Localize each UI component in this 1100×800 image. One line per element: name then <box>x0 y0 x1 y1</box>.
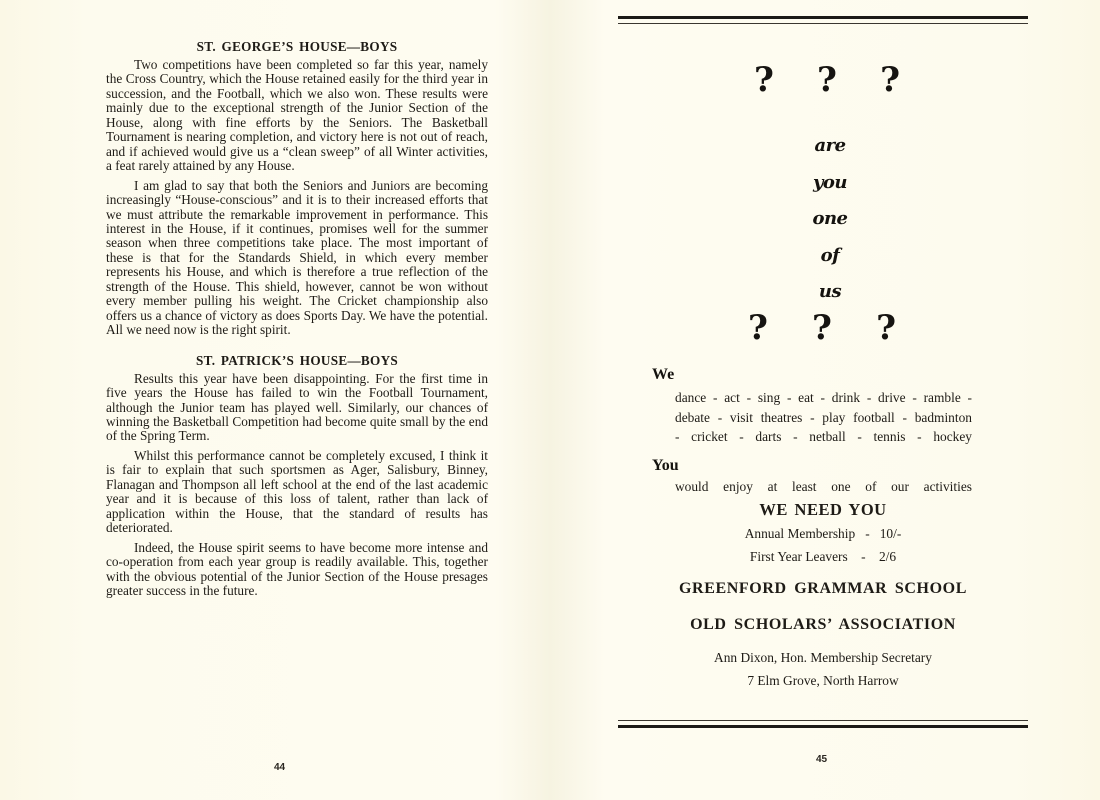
question-marks-top: ? ? ? <box>754 60 900 100</box>
fee-row-first-year: First Year Leavers - 2/6 <box>618 549 1028 565</box>
question-marks-bottom: ? ? ? <box>748 308 896 348</box>
book-spread: ST. GEORGE’S HOUSE—BOYS Two competitions… <box>0 0 1100 800</box>
left-page: ST. GEORGE’S HOUSE—BOYS Two competitions… <box>106 20 488 790</box>
activities-line: dance - act - sing - eat - drink - drive… <box>675 388 972 408</box>
paragraph: Indeed, the House spirit seems to have b… <box>106 541 488 599</box>
you-label: You <box>652 457 679 475</box>
section-heading-st-georges: ST. GEORGE’S HOUSE—BOYS <box>106 36 488 58</box>
section-heading-st-patricks: ST. PATRICK’S HOUSE—BOYS <box>106 350 488 372</box>
question-mark: ? <box>880 60 900 100</box>
fee-label: Annual Membership <box>745 526 855 541</box>
paragraph: I am glad to say that both the Seniors a… <box>106 179 488 338</box>
address-line: 7 Elm Grove, North Harrow <box>618 673 1028 689</box>
fee-separator: - <box>865 526 869 541</box>
enjoy-line: would enjoy at least one of our activiti… <box>675 479 972 495</box>
secretary-line: Ann Dixon, Hon. Membership Secretary <box>618 650 1028 666</box>
activities-line: - cricket - darts - netball - tennis - h… <box>675 427 972 447</box>
question-mark: ? <box>754 60 774 100</box>
rule-thick <box>618 16 1028 19</box>
paragraph: Two competitions have been completed so … <box>106 58 488 174</box>
page-number-right: 45 <box>816 754 827 765</box>
question-mark: ? <box>817 60 837 100</box>
fee-label: First Year Leavers <box>750 549 848 564</box>
we-need-you-heading: WE NEED YOU <box>618 500 1028 520</box>
script-word: are <box>760 128 900 165</box>
page-number-left: 44 <box>274 762 285 773</box>
rule-thin <box>618 23 1028 24</box>
fee-amount: 10/- <box>880 526 902 541</box>
rule-thin <box>618 720 1028 721</box>
script-word: us <box>760 274 900 311</box>
fee-separator: - <box>861 549 865 564</box>
paragraph: Results this year have been disappointin… <box>106 372 488 444</box>
question-mark: ? <box>812 308 832 348</box>
script-word: one <box>760 201 900 238</box>
association-name: OLD SCHOLARS’ ASSOCIATION <box>618 616 1028 634</box>
script-word: you <box>760 165 900 202</box>
top-double-rule <box>618 16 1028 28</box>
activities-line: debate - visit theatres - play football … <box>675 408 972 428</box>
fee-amount: 2/6 <box>879 549 896 564</box>
rule-thick <box>618 725 1028 728</box>
script-word: of <box>760 238 900 275</box>
paragraph: Whilst this performance cannot be comple… <box>106 449 488 536</box>
we-label: We <box>652 366 674 384</box>
fee-row-annual: Annual Membership - 10/- <box>618 526 1028 542</box>
school-name: GREENFORD GRAMMAR SCHOOL <box>618 580 1028 598</box>
script-phrase: are you one of us <box>760 128 900 311</box>
question-mark: ? <box>876 308 896 348</box>
question-mark: ? <box>748 308 768 348</box>
activities-list: dance - act - sing - eat - drink - drive… <box>675 388 972 447</box>
bottom-double-rule <box>618 720 1028 728</box>
